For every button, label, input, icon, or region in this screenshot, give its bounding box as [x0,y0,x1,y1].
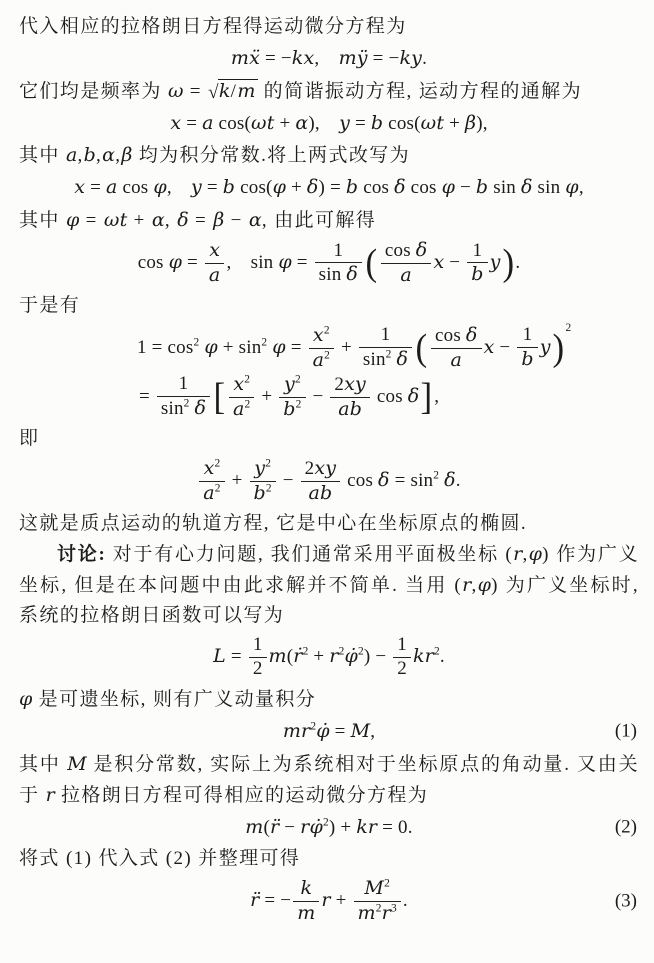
math-expression: mẍ = −kx, mÿ = −ky. [231,46,427,72]
math-expression: L = 12m(ṙ2 + r2φ̇2) − 12kr2. [213,635,445,680]
math-expression-line2: = 1sin2 δ[x2a2 + y2b2 − 2xyab cos δ], [139,374,639,421]
eq-angular-momentum: mr2φ̇ = M, (1) [19,719,639,745]
para-frequency: 它们均是频率为 ω = √k/m 的简谐振动方程, 运动方程的通解为 [19,76,639,107]
equation-number-2: (2) [615,815,637,840]
equation-number-1: (1) [615,719,637,744]
math-expression: x = a cos φ, y = b cos(φ + δ) = b cos δ … [74,175,584,201]
para-cyclic-coordinate: φ 是可遗坐标, 则有广义动量积分 [19,684,639,715]
para-constants: 其中 a,b,α,β 均为积分常数.将上两式改写为 [19,140,639,171]
eq-lagrangian-polar: L = 12m(ṙ2 + r2φ̇2) − 12kr2. [19,635,639,680]
eq-radial-reduced: r̈ = −kmr + M2m2r3. (3) [19,878,639,925]
math-expression: cos φ = xa, sin φ = 1sin δ(cos δax − 1by… [138,240,521,287]
eq-radial-motion: m(r̈ − rφ̇2) + kr = 0. (2) [19,815,639,841]
para-discussion: 讨论: 对于有心力问题, 我们通常采用平面极坐标 (r,φ) 作为广义坐标, 但… [19,539,639,631]
math-expression: r̈ = −kmr + M2m2r3. [250,878,408,925]
para-lagrange-intro: 代入相应的拉格朗日方程得运动微分方程为 [19,12,639,42]
eq-rewritten-solution: x = a cos φ, y = b cos(φ + δ) = b cos δ … [19,175,639,201]
eq-cos-sin-phi: cos φ = xa, sin φ = 1sin δ(cos δax − 1by… [19,240,639,287]
math-expression: x = a cos(ωt + α), y = b cos(ωt + β), [170,111,487,137]
para-thus: 于是有 [19,291,639,321]
para-phi-delta: 其中 φ = ωt + α, δ = β − α, 由此可解得 [19,205,639,236]
para-orbit-conclusion: 这就是质点运动的轨道方程, 它是中心在坐标原点的椭圆. [19,509,639,539]
math-expression: m(r̈ − rφ̇2) + kr = 0. [245,815,412,841]
eq-newton-shm: mẍ = −kx, mÿ = −ky. [19,46,639,72]
equation-number-3: (3) [615,889,637,914]
para-angular-momentum-note: 其中 M 是积分常数, 实际上为系统相对于坐标原点的角动量. 又由关于 r 拉格… [19,749,639,811]
eq-general-solution: x = a cos(ωt + α), y = b cos(ωt + β), [19,111,639,137]
para-namely: 即 [19,424,639,454]
eq-identity-derivation: 1 = cos2 φ + sin2 φ = x2a2 + 1sin2 δ(cos… [19,325,639,421]
eq-ellipse-orbit: x2a2 + y2b2 − 2xyab cos δ = sin2 δ. [19,458,639,505]
para-substitute: 将式 (1) 代入式 (2) 并整理可得 [19,844,639,874]
math-expression: mr2φ̇ = M, [283,719,375,745]
math-expression: x2a2 + y2b2 − 2xyab cos δ = sin2 δ. [197,458,460,505]
document-page: 代入相应的拉格朗日方程得运动微分方程为 mẍ = −kx, mÿ = −ky. … [0,0,654,963]
math-expression-line1: 1 = cos2 φ + sin2 φ = x2a2 + 1sin2 δ(cos… [137,325,639,372]
